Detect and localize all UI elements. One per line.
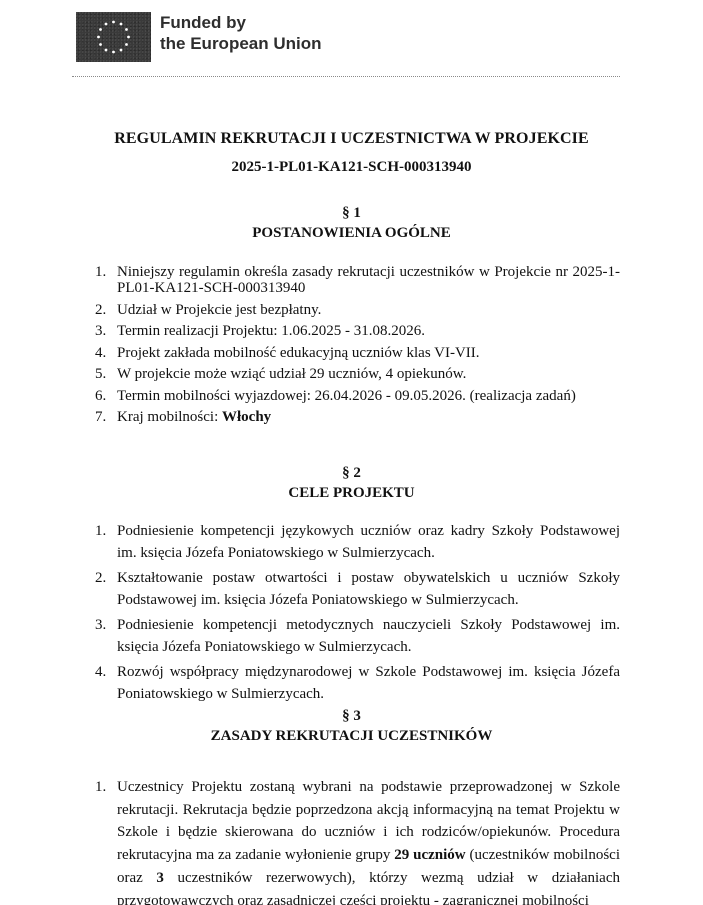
list-item: 3.Termin realizacji Projektu: 1.06.2025 …	[95, 323, 620, 339]
section-1-heading: POSTANOWIENIA OGÓLNE	[252, 225, 451, 241]
mobility-country: Włochy	[222, 409, 271, 425]
section-2-heading: CELE PROJEKTU	[288, 485, 414, 501]
list-item: 2.Kształtowanie postaw otwartości i post…	[95, 567, 620, 611]
section-2-list: 1.Podniesienie kompetencji językowych uc…	[95, 520, 620, 708]
section-3-header: § 3 ZASADY REKRUTACJI UCZESTNIKÓW	[0, 706, 703, 746]
student-count: 29 uczniów	[394, 847, 465, 863]
list-item: 1.Uczestnicy Projektu zostaną wybrani na…	[95, 776, 620, 905]
section-1-list: 1.Niniejszy regulamin określa zasady rek…	[95, 264, 620, 431]
eu-flag-icon	[76, 12, 151, 62]
list-item: 7.Kraj mobilności: Włochy	[95, 409, 620, 425]
list-item: 1.Podniesienie kompetencji językowych uc…	[95, 520, 620, 564]
list-item: 5.W projekcie może wziąć udział 29 uczni…	[95, 366, 620, 382]
list-item: 1.Niniejszy regulamin określa zasady rek…	[95, 264, 620, 296]
list-item: 6.Termin mobilności wyjazdowej: 26.04.20…	[95, 388, 620, 404]
header-divider	[72, 76, 620, 77]
section-1-number: § 1	[0, 203, 703, 223]
page-header: Funded by the European Union	[0, 0, 703, 90]
project-id: 2025-1-PL01-KA121-SCH-000313940	[0, 159, 703, 176]
section-1-header: § 1 POSTANOWIENIA OGÓLNE	[0, 203, 703, 243]
eu-stars-icon	[76, 12, 151, 62]
document-title: REGULAMIN REKRUTACJI I UCZESTNICTWA W PR…	[0, 130, 703, 148]
list-item: 4.Projekt zakłada mobilność edukacyjną u…	[95, 345, 620, 361]
reserve-count: 3	[156, 870, 164, 886]
funded-line-2: the European Union	[160, 33, 322, 54]
list-item: 4.Rozwój współpracy międzynarodowej w Sz…	[95, 661, 620, 705]
section-2-header: § 2 CELE PROJEKTU	[0, 463, 703, 503]
list-item: 2.Udział w Projekcie jest bezpłatny.	[95, 302, 620, 318]
section-2-number: § 2	[0, 463, 703, 483]
section-3-list: 1.Uczestnicy Projektu zostaną wybrani na…	[95, 776, 620, 905]
section-3-number: § 3	[0, 706, 703, 726]
funded-by-eu-label: Funded by the European Union	[160, 12, 322, 54]
list-item: 3.Podniesienie kompetencji metodycznych …	[95, 614, 620, 658]
funded-line-1: Funded by	[160, 12, 322, 33]
section-3-heading: ZASADY REKRUTACJI UCZESTNIKÓW	[211, 728, 493, 744]
